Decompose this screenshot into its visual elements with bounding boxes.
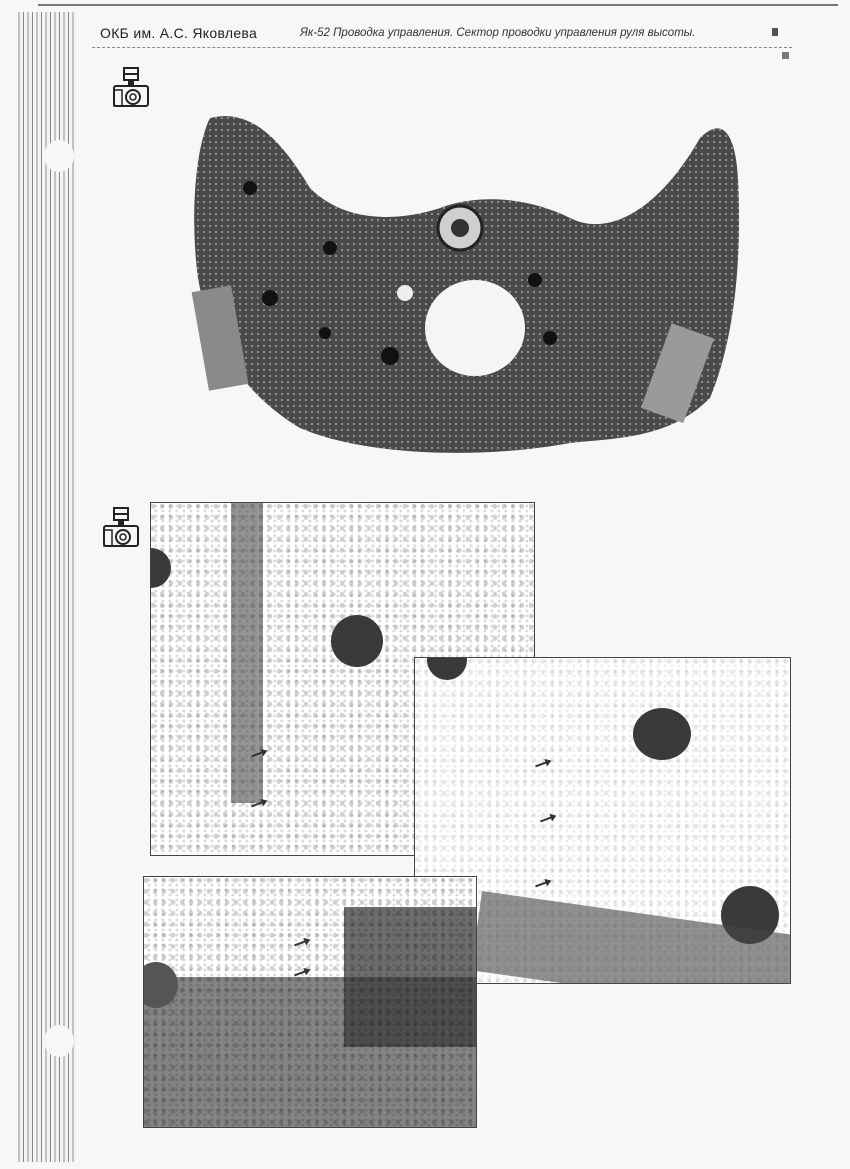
page-header: ОКБ им. А.С. Яковлева Як-52 Проводка упр… bbox=[92, 22, 792, 46]
organization-name: ОКБ им. А.С. Яковлева bbox=[100, 25, 257, 41]
crack-detail-photo-3 bbox=[143, 876, 477, 1128]
corner-mark bbox=[772, 28, 782, 60]
page-top-edge bbox=[38, 4, 838, 6]
binder-strip bbox=[18, 12, 76, 1162]
binder-hole bbox=[44, 1025, 74, 1057]
header-divider bbox=[92, 46, 792, 48]
camera-flash-icon bbox=[112, 66, 150, 110]
overview-photo bbox=[190, 98, 750, 468]
document-title: Як-52 Проводка управления. Сектор провод… bbox=[300, 27, 695, 39]
camera-flash-icon bbox=[102, 506, 140, 550]
binder-hole bbox=[44, 140, 74, 172]
